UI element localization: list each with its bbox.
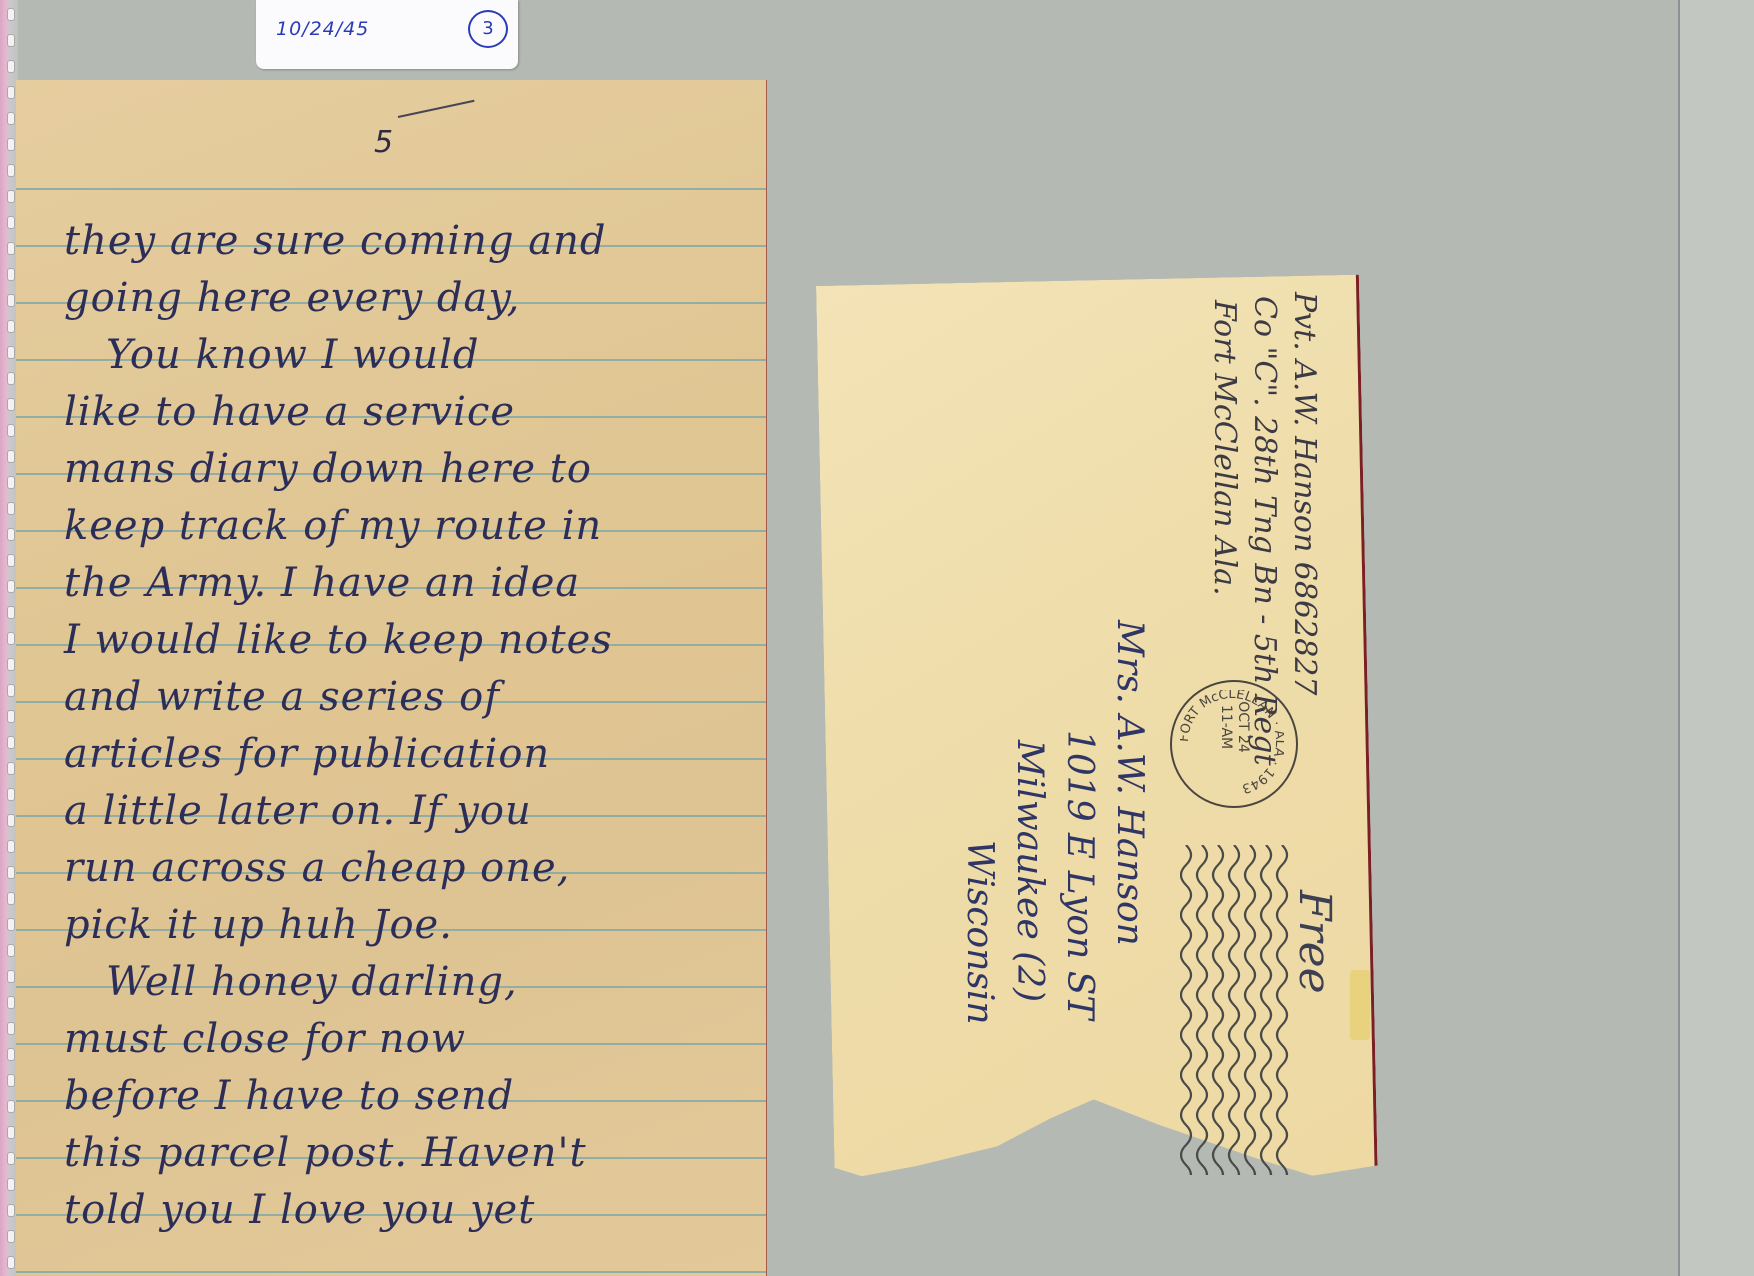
letter-line: this parcel post. Haven't	[64, 1130, 587, 1176]
sleeve-hole	[7, 112, 15, 125]
sleeve-hole	[7, 216, 15, 229]
page-number-flourish	[398, 100, 475, 118]
sleeve-hole	[7, 1230, 15, 1243]
sleeve-hole	[7, 606, 15, 619]
sleeve-hole	[7, 1178, 15, 1191]
letter-line: going here every day,	[64, 275, 520, 321]
ruled-line	[16, 1271, 766, 1273]
sleeve-hole	[7, 294, 15, 307]
sleeve-hole	[7, 476, 15, 489]
letter-line: I would like to keep notes	[64, 617, 613, 663]
letter-line: mans diary down here to	[64, 446, 592, 492]
postmark-date-block: OCT 24 11-AM	[1217, 701, 1251, 753]
wavy-cancellation-icon	[1180, 845, 1300, 1175]
sleeve-hole	[7, 736, 15, 749]
archive-date: 10/24/45	[276, 18, 369, 40]
envelope-torn-flap	[1350, 970, 1370, 1040]
letter-line: told you I love you yet	[64, 1187, 535, 1233]
recipient-street: 1019 E Lyon ST	[1059, 730, 1100, 1019]
letter-line: articles for publication	[64, 731, 550, 777]
letter-line: You know I would	[106, 332, 480, 378]
sleeve-hole	[7, 762, 15, 775]
postmark-stamp: FORT McCLELLAN · ALA · 1943 OCT 24 11-AM	[1170, 680, 1298, 808]
sleeve-hole	[7, 1256, 15, 1269]
sleeve-hole	[7, 450, 15, 463]
sleeve-hole	[7, 1074, 15, 1087]
letter-line: and write a series of	[64, 674, 500, 720]
sleeve-hole	[7, 346, 15, 359]
recipient-name: Mrs. A.W. Hanson	[1109, 620, 1150, 946]
sleeve-hole	[7, 1022, 15, 1035]
archive-label-card: 10/24/45 3	[256, 0, 518, 69]
sleeve-hole	[7, 1100, 15, 1113]
letter-line: before I have to send	[64, 1073, 514, 1119]
recipient-state: Wisconsin	[959, 840, 1000, 1025]
sleeve-hole	[7, 970, 15, 983]
handwritten-letter-page: 5 they are sure coming and going here ev…	[16, 80, 766, 1276]
sleeve-hole	[7, 892, 15, 905]
franking-free-mark: Free	[1289, 890, 1340, 994]
sleeve-hole	[7, 34, 15, 47]
sleeve-hole	[7, 320, 15, 333]
sleeve-hole	[7, 918, 15, 931]
sleeve-hole	[7, 242, 15, 255]
recipient-city: Milwaukee (2)	[1009, 740, 1050, 1002]
sleeve-hole	[7, 580, 15, 593]
sleeve-hole	[7, 684, 15, 697]
sleeve-hole	[7, 1204, 15, 1217]
letter-line: keep track of my route in	[64, 503, 602, 549]
sleeve-hole	[7, 554, 15, 567]
sleeve-hole	[7, 372, 15, 385]
sleeve-hole	[7, 866, 15, 879]
sleeve-hole	[7, 996, 15, 1009]
sleeve-hole	[7, 60, 15, 73]
return-address-line: Fort McClellan Ala.	[1207, 300, 1242, 596]
sleeve-hole	[7, 710, 15, 723]
sleeve-hole	[7, 658, 15, 671]
ruled-line	[16, 188, 766, 190]
letter-line: they are sure coming and	[64, 218, 606, 264]
letter-line: a little later on. If you	[64, 788, 532, 834]
sleeve-hole	[7, 8, 15, 21]
sleeve-hole	[7, 502, 15, 515]
letter-line: must close for now	[64, 1016, 466, 1062]
sleeve-hole	[7, 1048, 15, 1061]
letter-line: the Army. I have an idea	[64, 560, 580, 606]
archive-item-number: 3	[468, 10, 508, 48]
sleeve-hole	[7, 528, 15, 541]
letter-line: pick it up huh Joe.	[64, 902, 453, 948]
letter-line: like to have a service	[64, 389, 515, 435]
letter-line: run across a cheap one,	[64, 845, 570, 891]
letter-line: Well honey darling,	[106, 959, 518, 1005]
sleeve-hole	[7, 268, 15, 281]
sleeve-hole	[7, 840, 15, 853]
sleeve-hole	[7, 86, 15, 99]
sleeve-right-margin	[1678, 0, 1754, 1276]
postmark-date: OCT 24	[1234, 701, 1251, 753]
page-number: 5	[374, 125, 393, 160]
sleeve-hole	[7, 788, 15, 801]
sleeve-hole	[7, 1126, 15, 1139]
sleeve-hole	[7, 944, 15, 957]
sleeve-hole	[7, 398, 15, 411]
sleeve-hole	[7, 424, 15, 437]
sleeve-hole	[7, 814, 15, 827]
postmark-time: 11-AM	[1217, 701, 1234, 753]
sleeve-hole	[7, 138, 15, 151]
sleeve-hole	[7, 632, 15, 645]
sleeve-hole	[7, 190, 15, 203]
sleeve-hole	[7, 164, 15, 177]
return-address-line: Pvt. A.W. Hanson 6862827	[1287, 292, 1322, 695]
sleeve-hole	[7, 1152, 15, 1165]
